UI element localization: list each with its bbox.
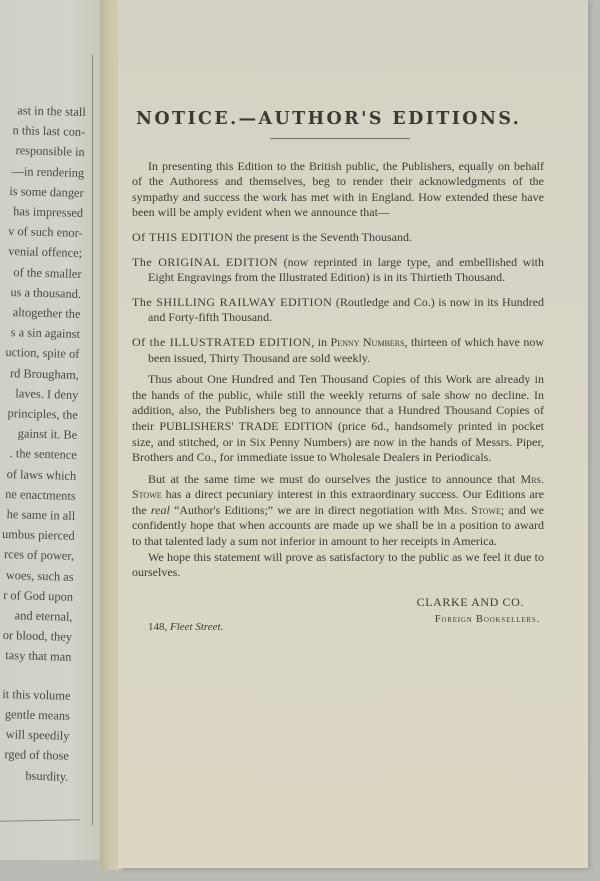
left-page-line: ast in the stall — [0, 97, 86, 122]
notice-title: NOTICE.—AUTHOR'S EDITIONS. — [136, 112, 544, 128]
book-scan: ast in the stalln this last con-responsi… — [0, 0, 600, 881]
edition-railway: The SHILLING RAILWAY EDITION (Routledge … — [132, 295, 544, 326]
stowe-paragraph: But at the same time we must do ourselve… — [132, 472, 544, 550]
intro-paragraph: In presenting this Edition to the Britis… — [132, 159, 544, 221]
address-number: 148, — [148, 621, 170, 633]
left-page-text: ast in the stalln this last con-responsi… — [0, 97, 86, 787]
page-border-rule — [92, 55, 93, 825]
emphasis: real — [151, 503, 170, 517]
text-run: “Author's Editions;” we are in direct ne… — [170, 503, 444, 517]
text-run: But at the same time we must do ourselve… — [148, 472, 521, 486]
closing-paragraph: We hope this statement will prove as sat… — [132, 550, 544, 581]
left-page: ast in the stalln this last con-responsi… — [0, 0, 100, 860]
notice-content: NOTICE.—AUTHOR'S EDITIONS. In presenting… — [132, 112, 544, 636]
edition-name: The SHILLING RAILWAY EDITION — [132, 295, 332, 309]
edition-name: The ORIGINAL EDITION — [132, 255, 278, 269]
edition-illustrated: Of the ILLUSTRATED EDITION, in Penny Num… — [132, 335, 544, 366]
address-street: Fleet Street. — [170, 621, 223, 633]
edition-text: , in — [311, 335, 330, 349]
page-border-rule-bottom — [0, 819, 80, 821]
edition-original: The ORIGINAL EDITION (now reprinted in l… — [132, 255, 544, 286]
edition-name: Of THIS EDITION — [132, 230, 233, 244]
author-name: Mrs. Stowe — [444, 503, 501, 517]
total-copies-paragraph: Thus about One Hundred and Ten Thousand … — [132, 372, 544, 466]
edition-small-caps: Penny Numbers — [331, 335, 405, 349]
edition-this: Of THIS EDITION the present is the Seven… — [132, 230, 544, 246]
edition-text: the present is the Seventh Thousand. — [233, 230, 412, 244]
edition-name: Of the ILLUSTRATED EDITION — [132, 335, 311, 349]
right-page: NOTICE.—AUTHOR'S EDITIONS. In presenting… — [118, 0, 588, 868]
signature: CLARKE AND CO. — [132, 595, 544, 611]
title-rule — [270, 138, 410, 139]
